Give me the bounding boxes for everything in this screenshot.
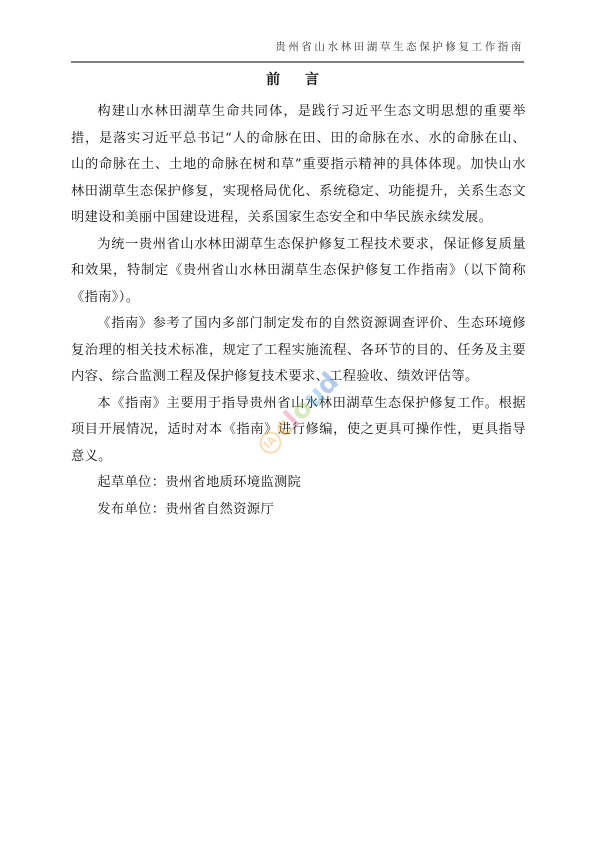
- drafting-unit-value: 贵州省地质环境监测院: [165, 475, 301, 490]
- page-title: 前 言: [0, 71, 595, 89]
- running-header: 贵州省山水林田湖草生态保护修复工作指南: [71, 40, 524, 63]
- paragraph-3: 《指南》参考了国内多部门制定发布的自然资源调查评价、生态环境修复治理的相关技术标…: [71, 311, 526, 391]
- document-body: 构建山水林田湖草生命共同体，是践行习近平生态文明思想的重要举措，是落实习近平总书…: [71, 99, 526, 523]
- drafting-unit: 起草单位：贵州省地质环境监测院: [71, 470, 526, 497]
- paragraph-1: 构建山水林田湖草生命共同体，是践行习近平生态文明思想的重要举措，是落实习近平总书…: [71, 99, 526, 232]
- drafting-unit-label: 起草单位：: [97, 475, 165, 490]
- running-header-title: 贵州省山水林田湖草生态保护修复工作指南: [275, 40, 524, 54]
- publishing-unit-label: 发布单位：: [97, 502, 165, 517]
- paragraph-4: 本《指南》主要用于指导贵州省山水林田湖草生态保护修复工作。根据项目开展情况，适时…: [71, 391, 526, 471]
- paragraph-2: 为统一贵州省山水林田湖草生态保护修复工程技术要求，保证修复质量和效果，特制定《贵…: [71, 232, 526, 312]
- publishing-unit: 发布单位：贵州省自然资源厅: [71, 497, 526, 524]
- publishing-unit-value: 贵州省自然资源厅: [165, 502, 274, 517]
